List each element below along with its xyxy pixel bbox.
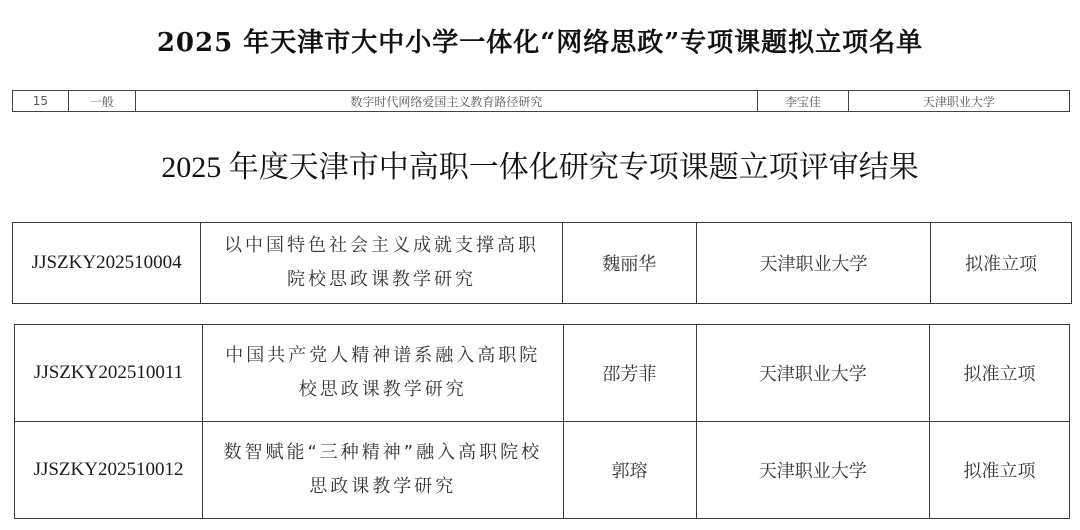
- project-title-line-2: 思政课教学研究: [209, 470, 556, 504]
- project-status: 拟准立项: [930, 325, 1070, 422]
- project-leader: 邵芳菲: [563, 325, 696, 422]
- project-title: 以中国特色社会主义成就支撑高职 院校思政课教学研究: [201, 223, 563, 304]
- project-leader: 李宝佳: [758, 91, 849, 112]
- project-title-line-2: 校思政课教学研究: [209, 373, 556, 407]
- table-row: JJSZKY202510011 中国共产党人精神谱系融入高职院 校思政课教学研究…: [15, 325, 1070, 422]
- project-code: JJSZKY202510012: [15, 422, 203, 519]
- project-title: 数智赋能“三种精神”融入高职院校 思政课教学研究: [203, 422, 563, 519]
- row-index: 15: [13, 91, 69, 112]
- project-category: 一般: [68, 91, 135, 112]
- network-ideology-project-table: 15 一般 数字时代网络爱国主义教育路径研究 李宝佳 天津职业大学: [12, 90, 1070, 112]
- table-row: JJSZKY202510004 以中国特色社会主义成就支撑高职 院校思政课教学研…: [13, 223, 1072, 304]
- results-table-1: JJSZKY202510004 以中国特色社会主义成就支撑高职 院校思政课教学研…: [12, 222, 1072, 304]
- table-row: 15 一般 数字时代网络爱国主义教育路径研究 李宝佳 天津职业大学: [13, 91, 1070, 112]
- project-title-line-2: 院校思政课教学研究: [207, 263, 556, 297]
- project-status: 拟准立项: [931, 223, 1072, 304]
- project-title: 中国共产党人精神谱系融入高职院 校思政课教学研究: [203, 325, 563, 422]
- project-organization: 天津职业大学: [696, 223, 931, 304]
- project-title-line-1: 以中国特色社会主义成就支撑高职: [207, 229, 556, 263]
- document-title-network-ideology-list: 2025 年天津市大中小学一体化“网络思政”专项课题拟立项名单: [0, 22, 1080, 59]
- project-code: JJSZKY202510004: [13, 223, 201, 304]
- project-organization: 天津职业大学: [848, 91, 1069, 112]
- project-title: 数字时代网络爱国主义教育路径研究: [135, 91, 758, 112]
- document-title-vocational-integration-results: 2025 年度天津市中高职一体化研究专项课题立项评审结果: [0, 142, 1080, 186]
- project-code: JJSZKY202510011: [15, 325, 203, 422]
- table-row: JJSZKY202510012 数智赋能“三种精神”融入高职院校 思政课教学研究…: [15, 422, 1070, 519]
- project-leader: 魏丽华: [562, 223, 696, 304]
- results-table-2: JJSZKY202510011 中国共产党人精神谱系融入高职院 校思政课教学研究…: [14, 324, 1070, 519]
- project-title-line-1: 数智赋能“三种精神”融入高职院校: [209, 436, 556, 470]
- project-status: 拟准立项: [930, 422, 1070, 519]
- project-organization: 天津职业大学: [696, 325, 929, 422]
- project-organization: 天津职业大学: [696, 422, 929, 519]
- project-leader: 郭瑢: [563, 422, 696, 519]
- project-title-line-1: 中国共产党人精神谱系融入高职院: [209, 339, 556, 373]
